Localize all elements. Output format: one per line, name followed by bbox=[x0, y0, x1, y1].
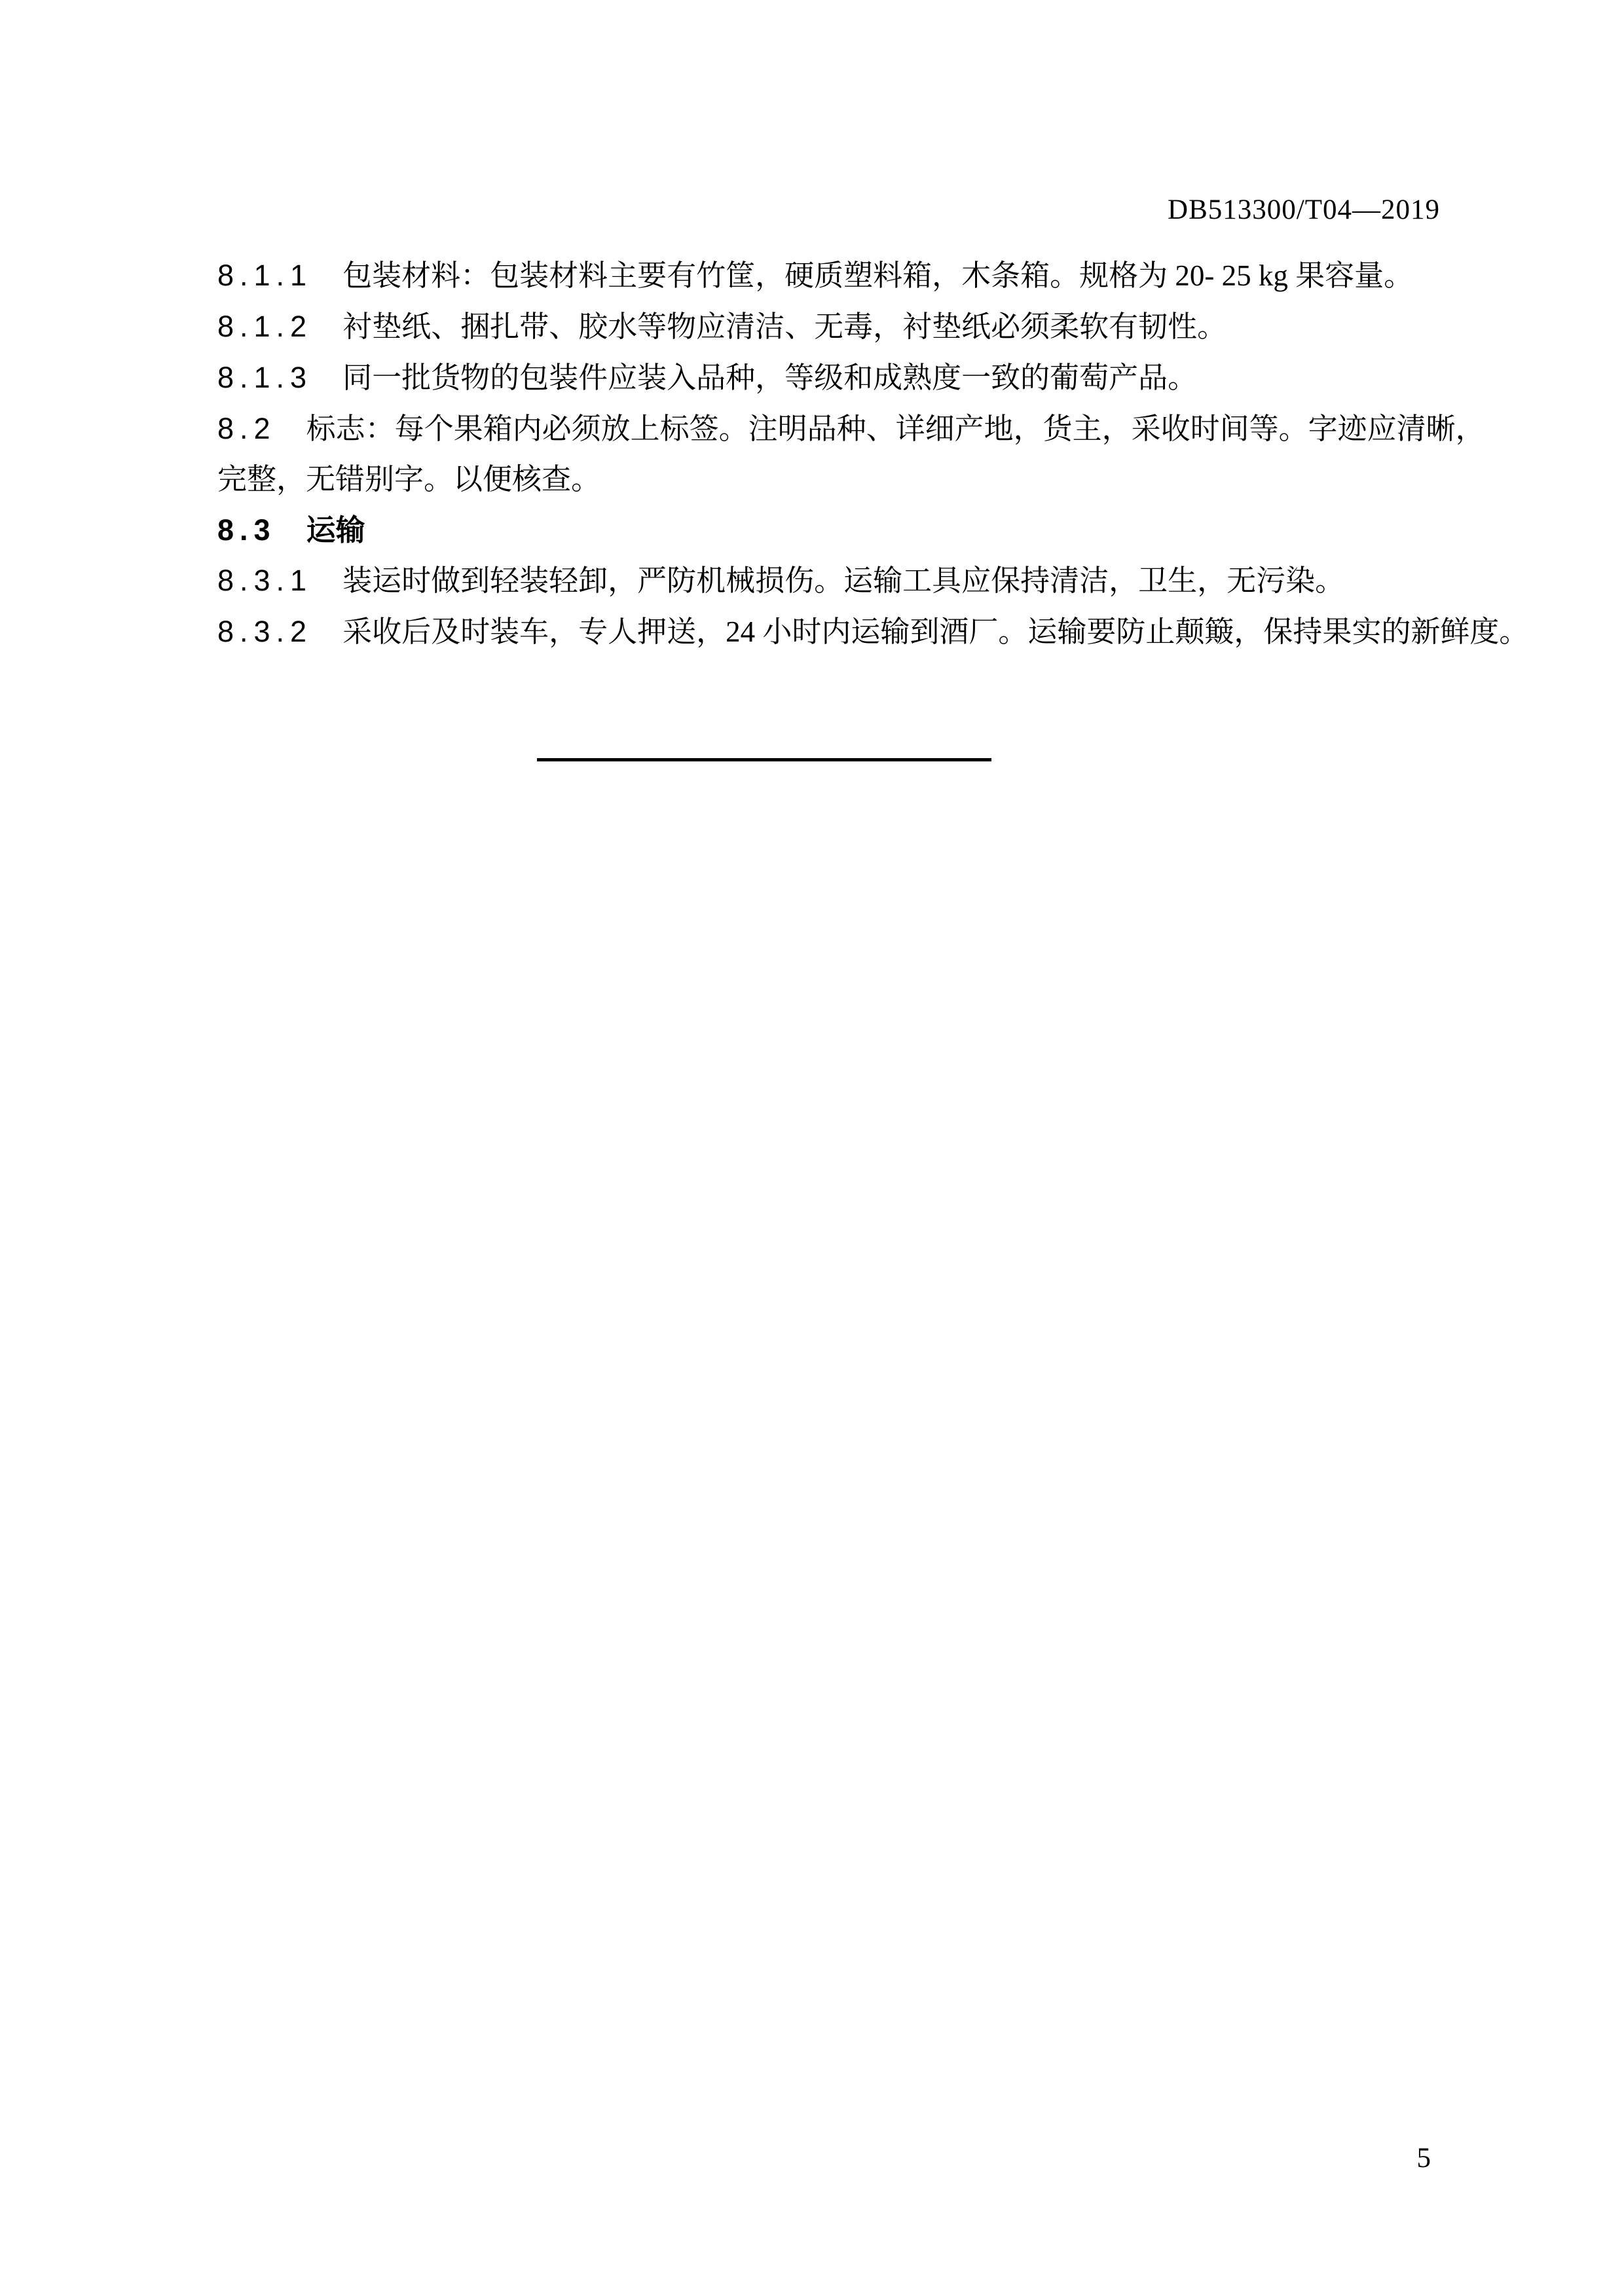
clause-8-1-1: 8.1.1包装材料：包装材料主要有竹筐，硬质塑料箱，木条箱。规格为 20- 25… bbox=[217, 250, 1449, 301]
clause-number: 8.1.3 bbox=[217, 361, 312, 394]
clause-text: 标志：每个果箱内必须放上标签。注明品种、详细产地，货主，采收时间等。字迹应清晰， bbox=[306, 412, 1485, 445]
document-body: 8.1.1包装材料：包装材料主要有竹筐，硬质塑料箱，木条箱。规格为 20- 25… bbox=[217, 250, 1449, 657]
standard-number-header: DB513300/T04—2019 bbox=[1168, 194, 1440, 226]
clause-8-3-2: 8.3.2采收后及时装车，专人押送，24 小时内运输到酒厂。运输要防止颠簸，保持… bbox=[217, 606, 1449, 657]
clause-number: 8.1.2 bbox=[217, 310, 312, 343]
clause-text: 包装材料：包装材料主要有竹筐，硬质塑料箱，木条箱。规格为 20- 25 kg 果… bbox=[342, 259, 1413, 292]
clause-heading-text: 运输 bbox=[306, 513, 365, 547]
clause-number: 8.3 bbox=[217, 513, 276, 547]
clause-text: 采收后及时装车，专人押送，24 小时内运输到酒厂。运输要防止颠簸，保持果实的新鲜… bbox=[342, 615, 1528, 648]
clause-number: 8.2 bbox=[217, 412, 276, 445]
document-page: DB513300/T04—2019 8.1.1包装材料：包装材料主要有竹筐，硬质… bbox=[0, 0, 1624, 2296]
clause-text: 装运时做到轻装轻卸，严防机械损伤。运输工具应保持清洁，卫生，无污染。 bbox=[342, 564, 1344, 597]
clause-8-1-3: 8.1.3同一批货物的包装件应装入品种，等级和成熟度一致的葡萄产品。 bbox=[217, 352, 1449, 403]
clause-8-2: 8.2标志：每个果箱内必须放上标签。注明品种、详细产地，货主，采收时间等。字迹应… bbox=[217, 403, 1449, 454]
clause-8-3-1: 8.3.1装运时做到轻装轻卸，严防机械损伤。运输工具应保持清洁，卫生，无污染。 bbox=[217, 555, 1449, 606]
clause-text: 完整，无错别字。以便核查。 bbox=[217, 463, 600, 496]
clause-number: 8.3.2 bbox=[217, 615, 312, 648]
clause-number: 8.3.1 bbox=[217, 564, 312, 597]
clause-8-2-continuation: 完整，无错别字。以便核查。 bbox=[217, 454, 1449, 505]
clause-8-1-2: 8.1.2衬垫纸、捆扎带、胶水等物应清洁、无毒，衬垫纸必须柔软有韧性。 bbox=[217, 301, 1449, 352]
clause-text: 衬垫纸、捆扎带、胶水等物应清洁、无毒，衬垫纸必须柔软有韧性。 bbox=[342, 310, 1227, 343]
page-number: 5 bbox=[1417, 2142, 1431, 2174]
clause-text: 同一批货物的包装件应装入品种，等级和成熟度一致的葡萄产品。 bbox=[342, 361, 1197, 394]
clause-number: 8.1.1 bbox=[217, 259, 312, 292]
clause-8-3-heading: 8.3运输 bbox=[217, 505, 1449, 555]
end-of-text-rule bbox=[537, 758, 991, 761]
